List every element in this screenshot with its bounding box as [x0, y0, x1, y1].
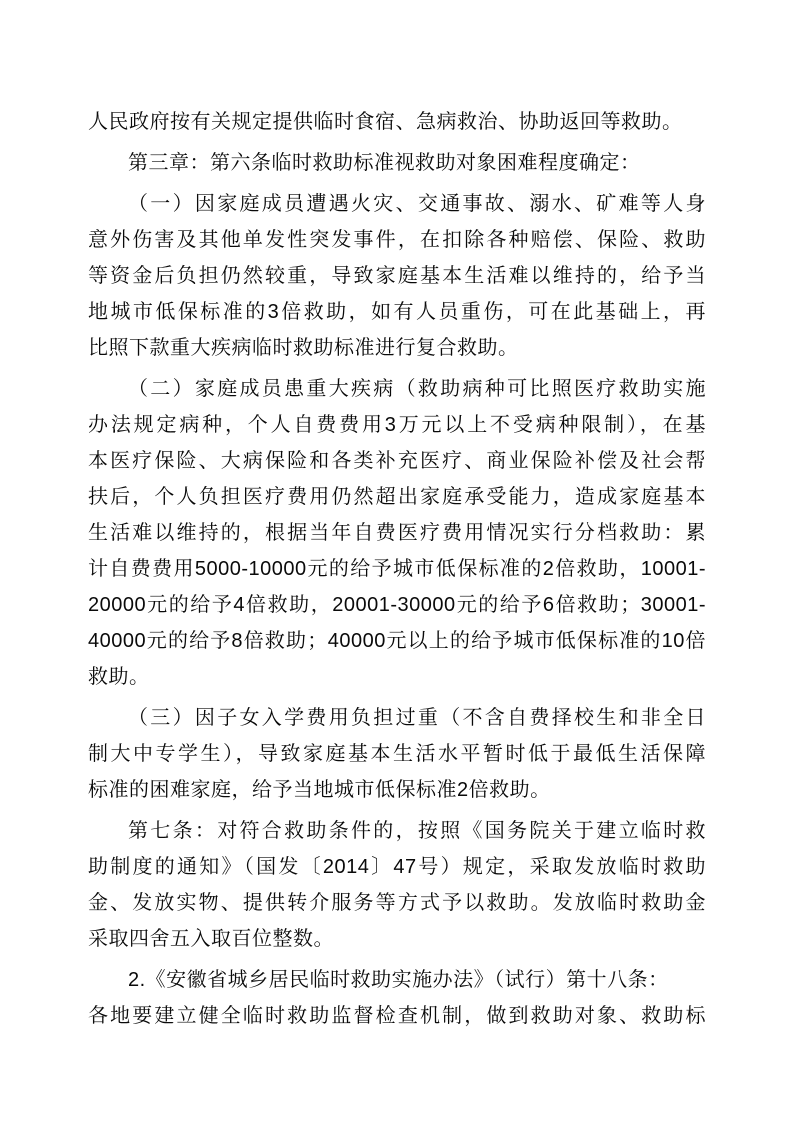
- text-line: 各地要建立健全临时救助监督检查机制，做到救助对象、救助标: [88, 998, 706, 1034]
- text-line: 办法规定病种，个人自费费用3万元以上不受病种限制），在基: [88, 407, 706, 443]
- paragraph: 第七条：对符合救助条件的，按照《国务院关于建立临时救助制度的通知》（国发〔201…: [88, 813, 706, 957]
- paragraph: （三）因子女入学费用负担过重（不含自费择校生和非全日制大中专学生），导致家庭基本…: [88, 700, 706, 808]
- text-line: 生活难以维持的，根据当年自费医疗费用情况实行分档救助：累: [88, 515, 706, 551]
- text-line: 人民政府按有关规定提供临时食宿、急病救治、协助返回等救助。: [88, 104, 706, 140]
- text-line: （三）因子女入学费用负担过重（不含自费择校生和非全日: [88, 700, 706, 736]
- text-line: （二）家庭成员患重大疾病（救助病种可比照医疗救助实施: [88, 371, 706, 407]
- text-line: 等资金后负担仍然较重，导致家庭基本生活难以维持的，给予当: [88, 258, 706, 294]
- text-line: 金、发放实物、提供转介服务等方式予以救助。发放临时救助金: [88, 885, 706, 921]
- text-line: 本医疗保险、大病保险和各类补充医疗、商业保险补偿及社会帮: [88, 443, 706, 479]
- text-line: （一）因家庭成员遭遇火灾、交通事故、溺水、矿难等人身: [88, 186, 706, 222]
- text-line: 第七条：对符合救助条件的，按照《国务院关于建立临时救: [88, 813, 706, 849]
- document-body: 人民政府按有关规定提供临时食宿、急病救治、协助返回等救助。第三章：第六条临时救助…: [88, 104, 706, 1039]
- text-line: 2.《安徽省城乡居民临时救助实施办法》（试行）第十八条：: [88, 962, 706, 998]
- text-line: 地城市低保标准的3倍救助，如有人员重伤，可在此基础上，再: [88, 294, 706, 330]
- text-line: 采取四舍五入取百位整数。: [88, 921, 706, 957]
- paragraph: 第三章：第六条临时救助标准视救助对象困难程度确定：: [88, 145, 706, 181]
- paragraph: 人民政府按有关规定提供临时食宿、急病救治、协助返回等救助。: [88, 104, 706, 140]
- text-line: 计自费费用5000-10000元的给予城市低保标准的2倍救助，10001-: [88, 551, 706, 587]
- text-line: 救助。: [88, 659, 706, 695]
- text-line: 制大中专学生），导致家庭基本生活水平暂时低于最低生活保障: [88, 736, 706, 772]
- text-line: 扶后，个人负担医疗费用仍然超出家庭承受能力，造成家庭基本: [88, 479, 706, 515]
- paragraph: （二）家庭成员患重大疾病（救助病种可比照医疗救助实施办法规定病种，个人自费费用3…: [88, 371, 706, 695]
- paragraph: 2.《安徽省城乡居民临时救助实施办法》（试行）第十八条：各地要建立健全临时救助监…: [88, 962, 706, 1034]
- text-line: 标准的困难家庭，给予当地城市低保标准2倍救助。: [88, 772, 706, 808]
- text-line: 助制度的通知》（国发〔2014〕47号）规定，采取发放临时救助: [88, 849, 706, 885]
- text-line: 意外伤害及其他单发性突发事件，在扣除各种赔偿、保险、救助: [88, 222, 706, 258]
- text-line: 第三章：第六条临时救助标准视救助对象困难程度确定：: [88, 145, 706, 181]
- text-line: 40000元的给予8倍救助；40000元以上的给予城市低保标准的10倍: [88, 623, 706, 659]
- text-line: 20000元的给予4倍救助，20001-30000元的给予6倍救助；30001-: [88, 587, 706, 623]
- document-page: 人民政府按有关规定提供临时食宿、急病救治、协助返回等救助。第三章：第六条临时救助…: [0, 0, 793, 1122]
- paragraph: （一）因家庭成员遭遇火灾、交通事故、溺水、矿难等人身意外伤害及其他单发性突发事件…: [88, 186, 706, 366]
- text-line: 比照下款重大疾病临时救助标准进行复合救助。: [88, 330, 706, 366]
